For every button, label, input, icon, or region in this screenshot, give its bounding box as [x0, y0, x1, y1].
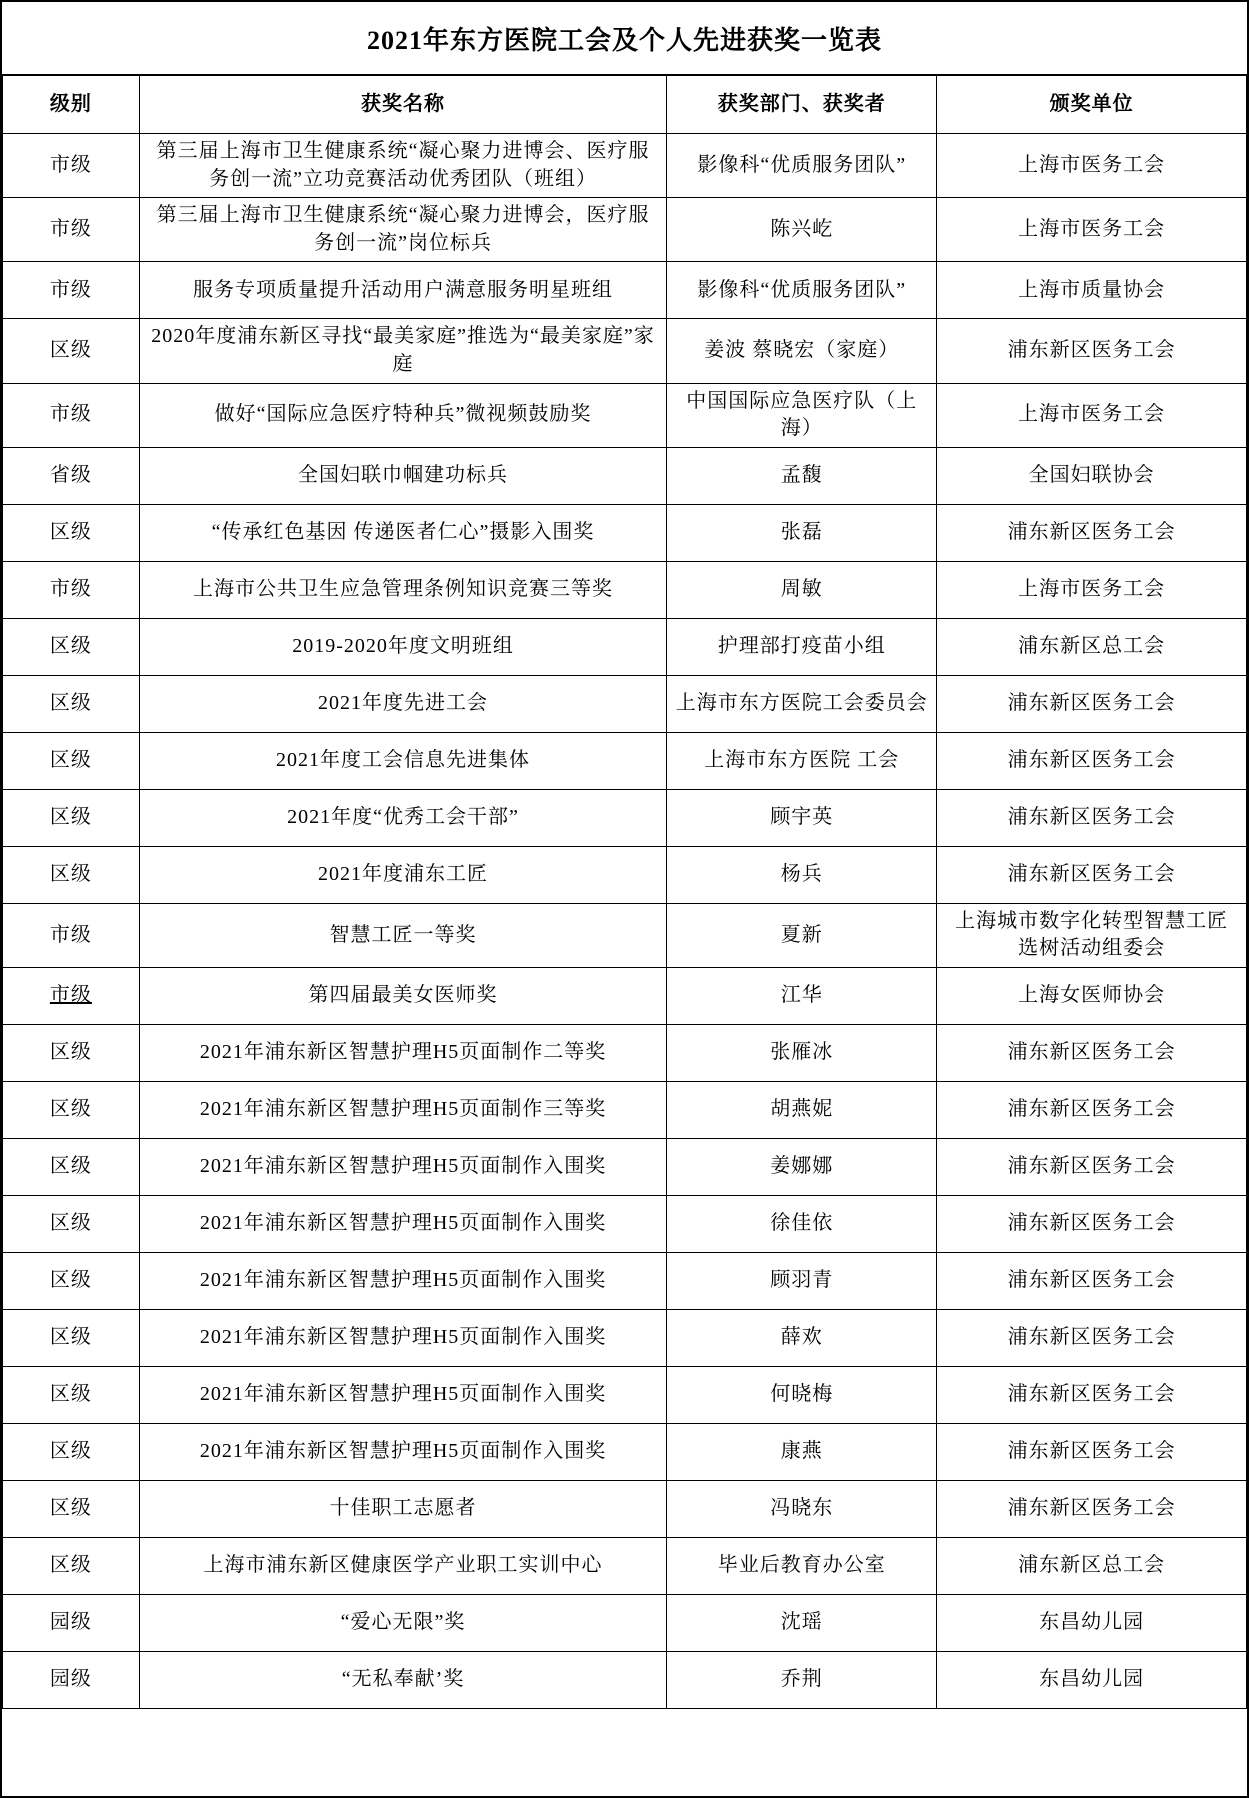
cell-level: 区级: [3, 789, 140, 846]
cell-award-name: 全国妇联巾帼建功标兵: [139, 447, 666, 504]
cell-awarding-unit: 浦东新区总工会: [937, 1537, 1247, 1594]
cell-level: 区级: [3, 1309, 140, 1366]
cell-level: 区级: [3, 504, 140, 561]
cell-level: 区级: [3, 846, 140, 903]
cell-awarding-unit: 东昌幼儿园: [937, 1651, 1247, 1708]
cell-level: 区级: [3, 1081, 140, 1138]
cell-awarding-unit: 上海市质量协会: [937, 262, 1247, 319]
cell-winner: 影像科“优质服务团队”: [667, 134, 937, 198]
table-row: 区级 “传承红色基因 传递医者仁心”摄影入围奖 张磊 浦东新区医务工会: [3, 504, 1247, 561]
cell-level: 园级: [3, 1651, 140, 1708]
table-row: 市级 服务专项质量提升活动用户满意服务明星班组 影像科“优质服务团队” 上海市质…: [3, 262, 1247, 319]
cell-award-name: “传承红色基因 传递医者仁心”摄影入围奖: [139, 504, 666, 561]
cell-winner: 杨兵: [667, 846, 937, 903]
table-row: 市级 上海市公共卫生应急管理条例知识竞赛三等奖 周敏 上海市医务工会: [3, 561, 1247, 618]
table-row: 区级 2021年浦东新区智慧护理H5页面制作入围奖 康燕 浦东新区医务工会: [3, 1423, 1247, 1480]
cell-winner: 姜波 蔡晓宏（家庭）: [667, 319, 937, 383]
cell-winner: 冯晓东: [667, 1480, 937, 1537]
table-row: 区级 2021年浦东新区智慧护理H5页面制作三等奖 胡燕妮 浦东新区医务工会: [3, 1081, 1247, 1138]
column-header-unit: 颁奖单位: [937, 76, 1247, 134]
cell-awarding-unit: 浦东新区医务工会: [937, 732, 1247, 789]
table-row: 市级 第三届上海市卫生健康系统“凝心聚力进博会，医疗服务创一流”岗位标兵 陈兴屹…: [3, 198, 1247, 262]
cell-award-name: 2021年浦东新区智慧护理H5页面制作入围奖: [139, 1195, 666, 1252]
cell-level: 市级: [3, 134, 140, 198]
cell-awarding-unit: 上海市医务工会: [937, 561, 1247, 618]
cell-awarding-unit: 东昌幼儿园: [937, 1594, 1247, 1651]
cell-awarding-unit: 上海女医师协会: [937, 967, 1247, 1024]
awards-table: 级别 获奖名称 获奖部门、获奖者 颁奖单位 市级 第三届上海市卫生健康系统“凝心…: [2, 75, 1247, 1709]
cell-award-name: 做好“国际应急医疗特种兵”微视频鼓励奖: [139, 383, 666, 447]
cell-level: 省级: [3, 447, 140, 504]
cell-level: 区级: [3, 675, 140, 732]
table-row: 区级 2021年浦东新区智慧护理H5页面制作入围奖 何晓梅 浦东新区医务工会: [3, 1366, 1247, 1423]
table-row: 区级 2021年度浦东工匠 杨兵 浦东新区医务工会: [3, 846, 1247, 903]
cell-award-name: 2021年度“优秀工会干部”: [139, 789, 666, 846]
cell-level: 区级: [3, 732, 140, 789]
cell-award-name: 2020年度浦东新区寻找“最美家庭”推选为“最美家庭”家庭: [139, 319, 666, 383]
cell-awarding-unit: 浦东新区医务工会: [937, 1480, 1247, 1537]
cell-award-name: 上海市浦东新区健康医学产业职工实训中心: [139, 1537, 666, 1594]
cell-level: 区级: [3, 1480, 140, 1537]
cell-awarding-unit: 上海市医务工会: [937, 134, 1247, 198]
cell-level: 区级: [3, 1537, 140, 1594]
table-row: 区级 2021年度“优秀工会干部” 顾宇英 浦东新区医务工会: [3, 789, 1247, 846]
cell-award-name: “爱心无限”奖: [139, 1594, 666, 1651]
page-title: 2021年东方医院工会及个人先进获奖一览表: [2, 2, 1247, 75]
cell-winner: 孟馥: [667, 447, 937, 504]
table-row: 园级 “无私奉献’奖 乔荆 东昌幼儿园: [3, 1651, 1247, 1708]
cell-winner: 夏新: [667, 903, 937, 967]
cell-level: 区级: [3, 1024, 140, 1081]
cell-award-name: 2021年浦东新区智慧护理H5页面制作入围奖: [139, 1138, 666, 1195]
table-row: 区级 上海市浦东新区健康医学产业职工实训中心 毕业后教育办公室 浦东新区总工会: [3, 1537, 1247, 1594]
table-row: 区级 2021年浦东新区智慧护理H5页面制作二等奖 张雁冰 浦东新区医务工会: [3, 1024, 1247, 1081]
cell-winner: 上海市东方医院 工会: [667, 732, 937, 789]
cell-winner: 胡燕妮: [667, 1081, 937, 1138]
cell-level: 市级: [3, 561, 140, 618]
table-row: 省级 全国妇联巾帼建功标兵 孟馥 全国妇联协会: [3, 447, 1247, 504]
cell-winner: 乔荆: [667, 1651, 937, 1708]
document-page: 2021年东方医院工会及个人先进获奖一览表 级别 获奖名称 获奖部门、获奖者 颁…: [0, 0, 1249, 1798]
column-header-award: 获奖名称: [139, 76, 666, 134]
cell-level: 区级: [3, 1366, 140, 1423]
cell-level: 市级: [3, 383, 140, 447]
cell-winner: 康燕: [667, 1423, 937, 1480]
cell-award-name: “无私奉献’奖: [139, 1651, 666, 1708]
cell-award-name: 2019-2020年度文明班组: [139, 618, 666, 675]
cell-award-name: 2021年浦东新区智慧护理H5页面制作入围奖: [139, 1423, 666, 1480]
cell-award-name: 上海市公共卫生应急管理条例知识竞赛三等奖: [139, 561, 666, 618]
cell-awarding-unit: 浦东新区医务工会: [937, 1195, 1247, 1252]
cell-award-name: 2021年度浦东工匠: [139, 846, 666, 903]
cell-winner: 顾羽青: [667, 1252, 937, 1309]
column-header-winner: 获奖部门、获奖者: [667, 76, 937, 134]
cell-awarding-unit: 浦东新区医务工会: [937, 1081, 1247, 1138]
cell-award-name: 2021年浦东新区智慧护理H5页面制作三等奖: [139, 1081, 666, 1138]
cell-winner: 影像科“优质服务团队”: [667, 262, 937, 319]
table-row: 区级 2021年度工会信息先进集体 上海市东方医院 工会 浦东新区医务工会: [3, 732, 1247, 789]
cell-award-name: 服务专项质量提升活动用户满意服务明星班组: [139, 262, 666, 319]
cell-award-name: 智慧工匠一等奖: [139, 903, 666, 967]
cell-award-name: 2021年浦东新区智慧护理H5页面制作入围奖: [139, 1366, 666, 1423]
cell-awarding-unit: 浦东新区医务工会: [937, 1252, 1247, 1309]
cell-award-name: 十佳职工志愿者: [139, 1480, 666, 1537]
cell-level: 市级: [3, 262, 140, 319]
table-row: 区级 2021年浦东新区智慧护理H5页面制作入围奖 姜娜娜 浦东新区医务工会: [3, 1138, 1247, 1195]
cell-winner: 张雁冰: [667, 1024, 937, 1081]
cell-level: 区级: [3, 319, 140, 383]
table-row: 区级 2020年度浦东新区寻找“最美家庭”推选为“最美家庭”家庭 姜波 蔡晓宏（…: [3, 319, 1247, 383]
cell-awarding-unit: 浦东新区医务工会: [937, 1024, 1247, 1081]
table-body: 市级 第三届上海市卫生健康系统“凝心聚力进博会、医疗服务创一流”立功竞赛活动优秀…: [3, 134, 1247, 1709]
cell-awarding-unit: 上海城市数字化转型智慧工匠选树活动组委会: [937, 903, 1247, 967]
cell-level: 市级: [3, 198, 140, 262]
cell-awarding-unit: 全国妇联协会: [937, 447, 1247, 504]
cell-awarding-unit: 上海市医务工会: [937, 198, 1247, 262]
table-row: 市级 做好“国际应急医疗特种兵”微视频鼓励奖 中国国际应急医疗队（上海） 上海市…: [3, 383, 1247, 447]
cell-winner: 护理部打疫苗小组: [667, 618, 937, 675]
cell-winner: 上海市东方医院工会委员会: [667, 675, 937, 732]
cell-awarding-unit: 浦东新区医务工会: [937, 1366, 1247, 1423]
cell-winner: 陈兴屹: [667, 198, 937, 262]
cell-award-name: 2021年浦东新区智慧护理H5页面制作入围奖: [139, 1252, 666, 1309]
table-row: 区级 2019-2020年度文明班组 护理部打疫苗小组 浦东新区总工会: [3, 618, 1247, 675]
cell-award-name: 第三届上海市卫生健康系统“凝心聚力进博会，医疗服务创一流”岗位标兵: [139, 198, 666, 262]
cell-winner: 姜娜娜: [667, 1138, 937, 1195]
cell-awarding-unit: 浦东新区医务工会: [937, 846, 1247, 903]
cell-level: 区级: [3, 1138, 140, 1195]
cell-level: 区级: [3, 1423, 140, 1480]
cell-winner: 沈瑶: [667, 1594, 937, 1651]
cell-winner: 薛欢: [667, 1309, 937, 1366]
table-row: 市级 第四届最美女医师奖 江华 上海女医师协会: [3, 967, 1247, 1024]
cell-level: 区级: [3, 1252, 140, 1309]
column-header-level: 级别: [3, 76, 140, 134]
table-header-row: 级别 获奖名称 获奖部门、获奖者 颁奖单位: [3, 76, 1247, 134]
table-row: 园级 “爱心无限”奖 沈瑶 东昌幼儿园: [3, 1594, 1247, 1651]
cell-level: 市级: [3, 903, 140, 967]
cell-winner: 中国国际应急医疗队（上海）: [667, 383, 937, 447]
cell-award-name: 2021年度工会信息先进集体: [139, 732, 666, 789]
cell-awarding-unit: 浦东新区医务工会: [937, 675, 1247, 732]
cell-winner: 毕业后教育办公室: [667, 1537, 937, 1594]
table-row: 区级 2021年浦东新区智慧护理H5页面制作入围奖 徐佳依 浦东新区医务工会: [3, 1195, 1247, 1252]
cell-awarding-unit: 浦东新区医务工会: [937, 789, 1247, 846]
cell-awarding-unit: 浦东新区医务工会: [937, 1309, 1247, 1366]
cell-winner: 周敏: [667, 561, 937, 618]
cell-awarding-unit: 浦东新区医务工会: [937, 1138, 1247, 1195]
cell-awarding-unit: 浦东新区医务工会: [937, 319, 1247, 383]
cell-award-name: 2021年度先进工会: [139, 675, 666, 732]
cell-level: 区级: [3, 618, 140, 675]
cell-awarding-unit: 浦东新区医务工会: [937, 1423, 1247, 1480]
cell-awarding-unit: 上海市医务工会: [937, 383, 1247, 447]
table-row: 区级 十佳职工志愿者 冯晓东 浦东新区医务工会: [3, 1480, 1247, 1537]
cell-winner: 顾宇英: [667, 789, 937, 846]
table-row: 区级 2021年浦东新区智慧护理H5页面制作入围奖 顾羽青 浦东新区医务工会: [3, 1252, 1247, 1309]
table-row: 市级 智慧工匠一等奖 夏新 上海城市数字化转型智慧工匠选树活动组委会: [3, 903, 1247, 967]
cell-winner: 何晓梅: [667, 1366, 937, 1423]
table-row: 区级 2021年浦东新区智慧护理H5页面制作入围奖 薛欢 浦东新区医务工会: [3, 1309, 1247, 1366]
cell-awarding-unit: 浦东新区医务工会: [937, 504, 1247, 561]
cell-award-name: 2021年浦东新区智慧护理H5页面制作二等奖: [139, 1024, 666, 1081]
cell-award-name: 第四届最美女医师奖: [139, 967, 666, 1024]
cell-awarding-unit: 浦东新区总工会: [937, 618, 1247, 675]
cell-award-name: 2021年浦东新区智慧护理H5页面制作入围奖: [139, 1309, 666, 1366]
cell-award-name: 第三届上海市卫生健康系统“凝心聚力进博会、医疗服务创一流”立功竞赛活动优秀团队（…: [139, 134, 666, 198]
table-row: 市级 第三届上海市卫生健康系统“凝心聚力进博会、医疗服务创一流”立功竞赛活动优秀…: [3, 134, 1247, 198]
cell-level: 区级: [3, 1195, 140, 1252]
cell-level: 市级: [3, 967, 140, 1024]
cell-winner: 徐佳依: [667, 1195, 937, 1252]
table-row: 区级 2021年度先进工会 上海市东方医院工会委员会 浦东新区医务工会: [3, 675, 1247, 732]
cell-winner: 江华: [667, 967, 937, 1024]
cell-level: 园级: [3, 1594, 140, 1651]
cell-winner: 张磊: [667, 504, 937, 561]
